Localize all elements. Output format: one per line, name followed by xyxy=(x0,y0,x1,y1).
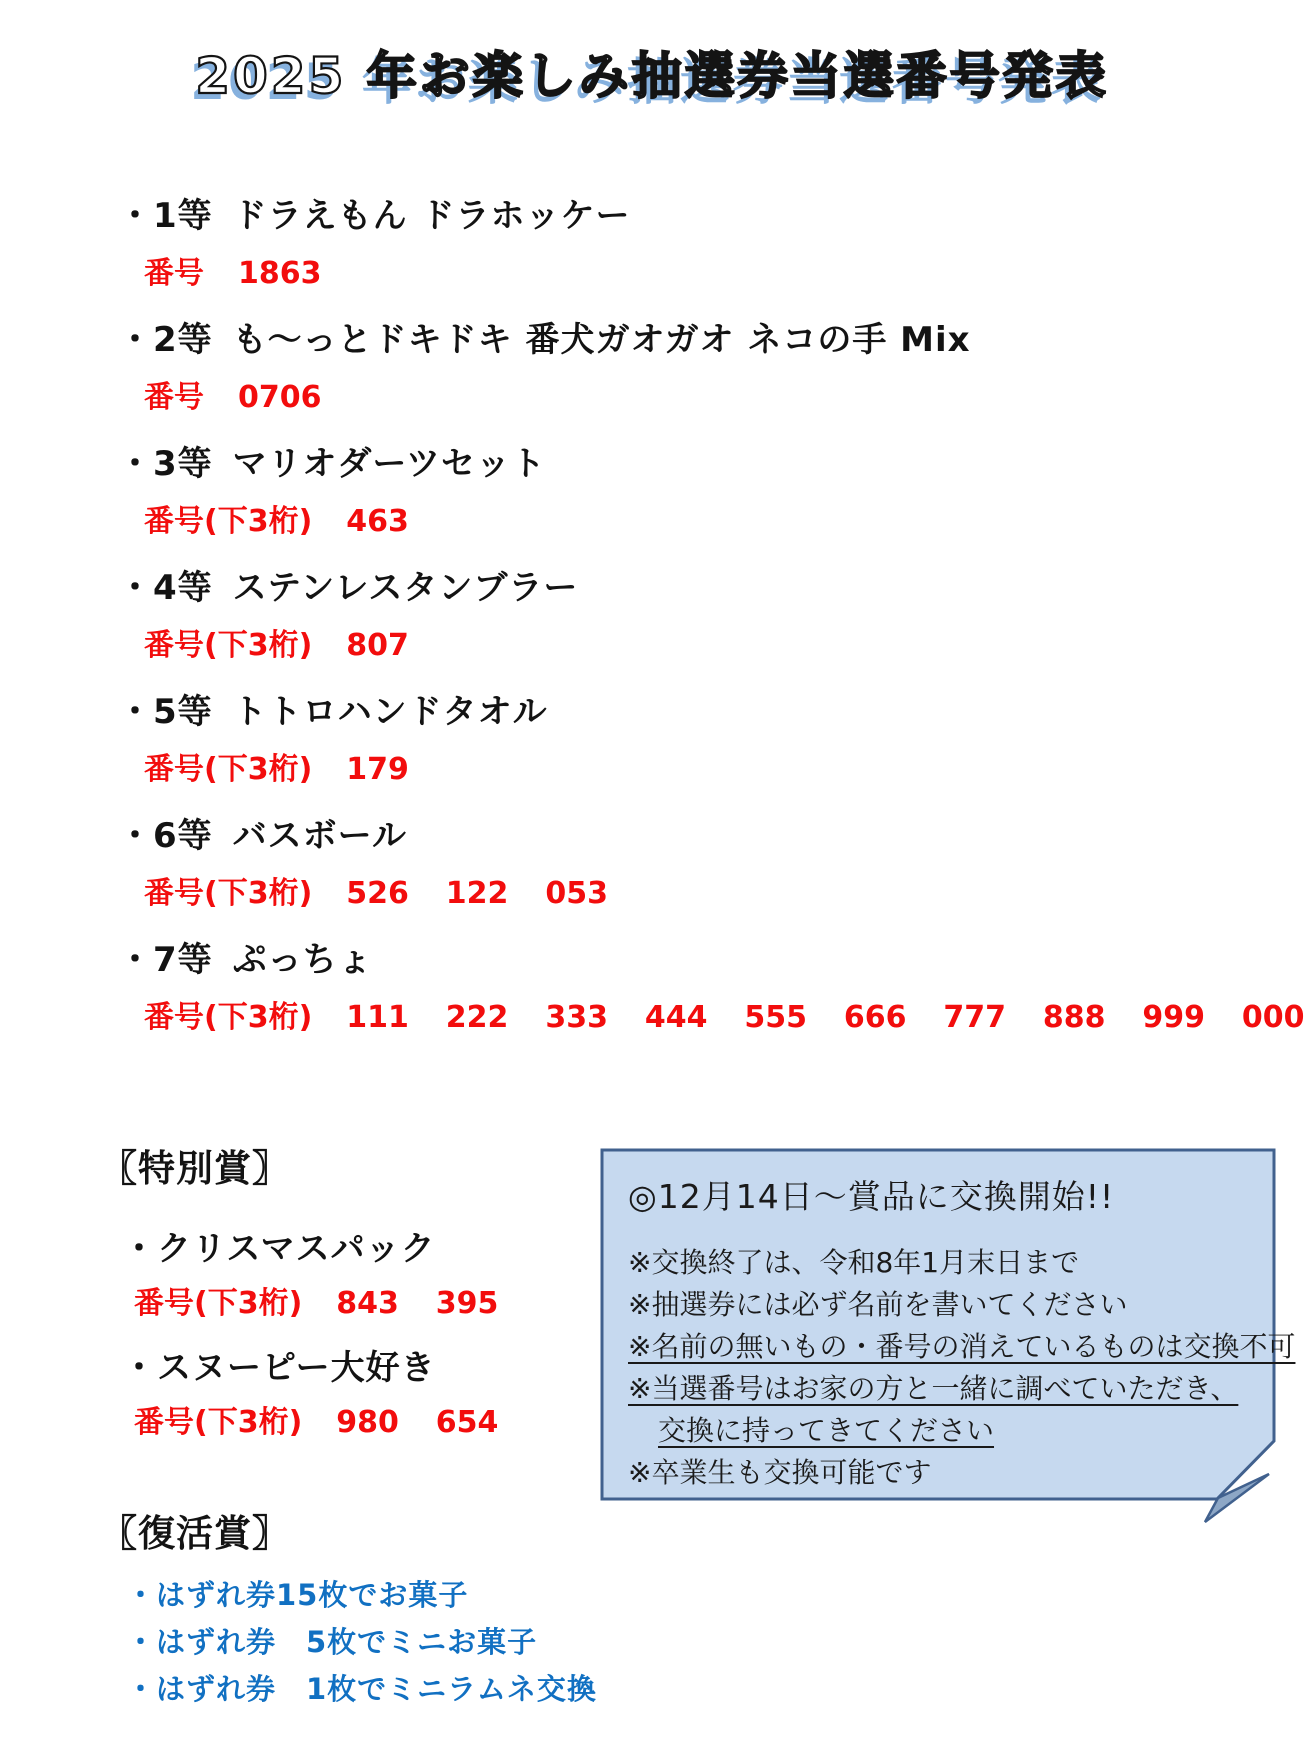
number-label: 番号(下3桁) xyxy=(144,1000,312,1035)
special-prize-header: 〖特別賞〗 xyxy=(100,1138,290,1192)
revival-item: ・はずれ券 5枚でミニお菓子 xyxy=(126,1619,646,1666)
prize-rank: ・1等 xyxy=(118,196,213,236)
prize-row: ・2等も～っとドキドキ 番犬ガオガオ ネコの手 Mix 番号0706 xyxy=(118,318,1238,442)
prize-name: ・スヌーピー大好き xyxy=(122,1347,562,1389)
prize-list: ・1等ドラえもん ドラホッケー 番号1863 ・2等も～っとドキドキ 番犬ガオガ… xyxy=(118,194,1238,1062)
prize-rank: ・5等 xyxy=(118,692,213,732)
winning-numbers: 980 654 xyxy=(336,1405,498,1440)
winning-numbers: 463 xyxy=(346,504,409,539)
prize-row: ・5等トトロハンドタオル 番号(下3桁)179 xyxy=(118,690,1238,814)
notice-line: ※当選番号はお家の方と一緒に調べていただき、 xyxy=(628,1368,1256,1410)
notice-line: ※抽選券には必ず名前を書いてください xyxy=(628,1284,1256,1326)
revival-item: ・はずれ券 1枚でミニラムネ交換 xyxy=(126,1666,646,1713)
revival-item: ・はずれ券15枚でお菓子 xyxy=(126,1572,646,1619)
number-label: 番号 xyxy=(144,380,204,415)
prize-rank: ・4等 xyxy=(118,568,213,608)
prize-row: ・3等マリオダーツセット 番号(下3桁)463 xyxy=(118,442,1238,566)
notice-line: ※交換終了は、令和8年1月末日まで xyxy=(628,1242,1256,1284)
prize-rank: ・7等 xyxy=(118,940,213,980)
notice-line: ※名前の無いもの・番号の消えているものは交換不可 xyxy=(628,1326,1256,1368)
special-prize-row: ・スヌーピー大好き 番号(下3桁)980 654 xyxy=(122,1347,562,1466)
number-label: 番号(下3桁) xyxy=(134,1405,302,1440)
winning-numbers: 526 122 053 xyxy=(346,876,608,911)
number-label: 番号(下3桁) xyxy=(144,752,312,787)
number-label: 番号(下3桁) xyxy=(134,1286,302,1321)
number-label: 番号 xyxy=(144,256,204,291)
prize-name: ステンレスタンブラー xyxy=(233,568,579,608)
notice-line: ※卒業生も交換可能です xyxy=(628,1452,1256,1494)
exchange-notice-box: ◎12月14日～賞品に交換開始!! ※交換終了は、令和8年1月末日まで ※抽選券… xyxy=(600,1148,1276,1500)
prize-row: ・6等バスボール 番号(下3桁)526 122 053 xyxy=(118,814,1238,938)
prize-row: ・1等ドラえもん ドラホッケー 番号1863 xyxy=(118,194,1238,318)
winning-numbers: 843 395 xyxy=(336,1286,498,1321)
prize-row: ・4等ステンレスタンブラー 番号(下3桁)807 xyxy=(118,566,1238,690)
prize-rank: ・6等 xyxy=(118,816,213,856)
notice-title: ◎12月14日～賞品に交換開始!! xyxy=(628,1176,1256,1218)
prize-name: マリオダーツセット xyxy=(233,444,546,484)
prize-name: バスボール xyxy=(233,816,407,856)
notice-lines: ※交換終了は、令和8年1月末日まで ※抽選券には必ず名前を書いてください ※名前… xyxy=(628,1242,1256,1494)
notice-line: 交換に持ってきてください xyxy=(658,1410,1256,1452)
number-label: 番号(下3桁) xyxy=(144,504,312,539)
prize-rank: ・3等 xyxy=(118,444,213,484)
prize-name: ぷっちょ xyxy=(233,940,373,980)
winning-numbers: 179 xyxy=(346,752,409,787)
prize-rank: ・2等 xyxy=(118,320,213,360)
special-prize-row: ・クリスマスパック 番号(下3桁)843 395 xyxy=(122,1228,562,1347)
revival-prize-list: ・はずれ券15枚でお菓子 ・はずれ券 5枚でミニお菓子 ・はずれ券 1枚でミニラ… xyxy=(126,1572,646,1713)
prize-name: ドラえもん ドラホッケー xyxy=(233,196,631,236)
winning-numbers: 807 xyxy=(346,628,409,663)
prize-name: ・クリスマスパック xyxy=(122,1228,562,1270)
prize-name: トトロハンドタオル xyxy=(233,692,548,732)
revival-prize-header: 〖復活賞〗 xyxy=(100,1503,290,1557)
page-title: 2025 年お楽しみ抽選券当選番号発表 xyxy=(0,36,1304,108)
prize-row: ・7等ぷっちょ 番号(下3桁)111 222 333 444 555 666 7… xyxy=(118,938,1238,1062)
winning-numbers: 0706 xyxy=(238,380,322,415)
special-prize-list: ・クリスマスパック 番号(下3桁)843 395 ・スヌーピー大好き 番号(下3… xyxy=(122,1228,562,1466)
prize-name: も～っとドキドキ 番犬ガオガオ ネコの手 Mix xyxy=(233,320,971,360)
lottery-results-page: 2025 年お楽しみ抽選券当選番号発表 ・1等ドラえもん ドラホッケー 番号18… xyxy=(0,0,1304,1748)
number-label: 番号(下3桁) xyxy=(144,628,312,663)
winning-numbers: 1863 xyxy=(238,256,322,291)
number-label: 番号(下3桁) xyxy=(144,876,312,911)
winning-numbers: 111 222 333 444 555 666 777 888 999 000 xyxy=(346,1000,1304,1035)
